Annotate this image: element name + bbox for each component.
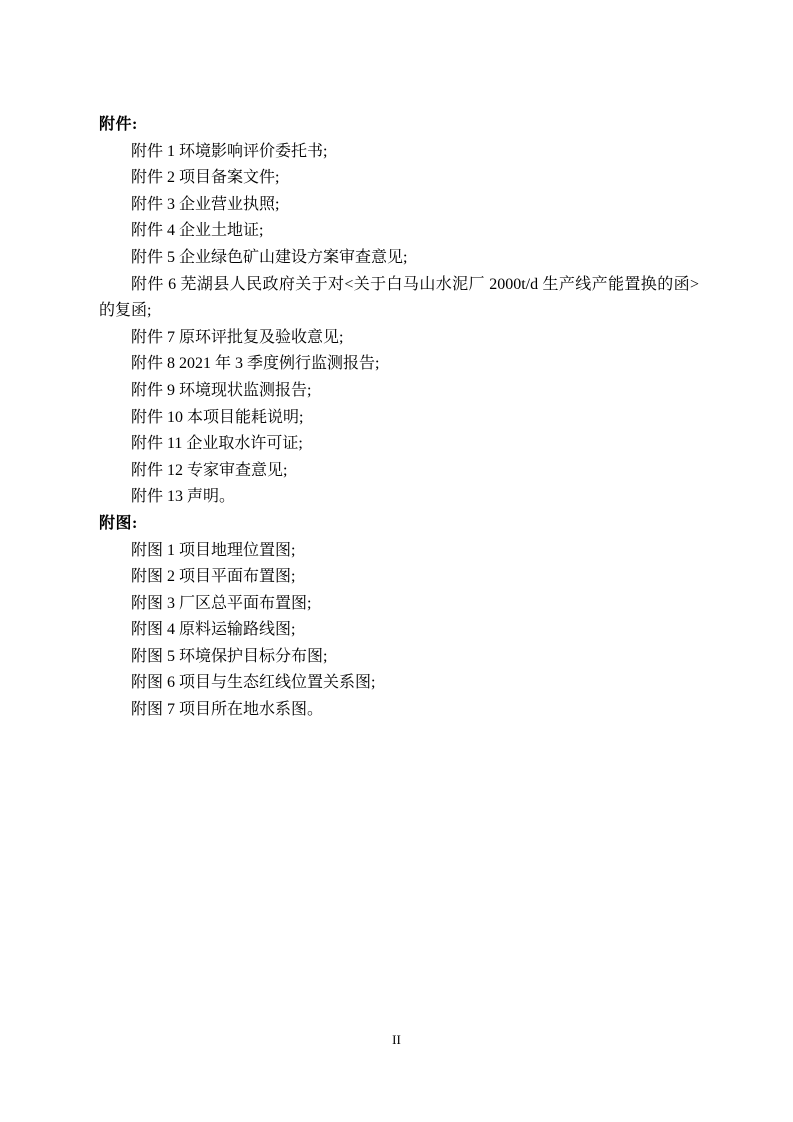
attachments-heading: 附件:: [99, 112, 699, 139]
figure-item-5: 附图 5 环境保护目标分布图;: [99, 644, 699, 671]
figure-item-6: 附图 6 项目与生态红线位置关系图;: [99, 670, 699, 697]
figure-item-1: 附图 1 项目地理位置图;: [99, 538, 699, 565]
figure-item-7: 附图 7 项目所在地水系图。: [99, 697, 699, 724]
attachment-item-4: 附件 4 企业土地证;: [99, 218, 699, 245]
attachment-item-10: 附件 10 本项目能耗说明;: [99, 405, 699, 432]
figure-item-3: 附图 3 厂区总平面布置图;: [99, 591, 699, 618]
page-number: II: [0, 1031, 793, 1049]
attachment-item-11: 附件 11 企业取水许可证;: [99, 431, 699, 458]
document-page: 附件: 附件 1 环境影响评价委托书; 附件 2 项目备案文件; 附件 3 企业…: [0, 0, 793, 1122]
attachment-item-3: 附件 3 企业营业执照;: [99, 192, 699, 219]
attachment-item-1: 附件 1 环境影响评价委托书;: [99, 139, 699, 166]
attachment-item-5: 附件 5 企业绿色矿山建设方案审查意见;: [99, 245, 699, 272]
attachment-item-8: 附件 8 2021 年 3 季度例行监测报告;: [99, 351, 699, 378]
attachment-item-2: 附件 2 项目备案文件;: [99, 165, 699, 192]
figure-item-4: 附图 4 原料运输路线图;: [99, 617, 699, 644]
attachment-item-7: 附件 7 原环评批复及验收意见;: [99, 325, 699, 352]
attachment-item-9: 附件 9 环境现状监测报告;: [99, 378, 699, 405]
attachment-item-13: 附件 13 声明。: [99, 484, 699, 511]
figure-item-2: 附图 2 项目平面布置图;: [99, 564, 699, 591]
document-body: 附件: 附件 1 环境影响评价委托书; 附件 2 项目备案文件; 附件 3 企业…: [99, 112, 699, 724]
attachment-item-6: 附件 6 芜湖县人民政府关于对<关于白马山水泥厂 2000t/d 生产线产能置换…: [99, 272, 699, 325]
figures-heading: 附图:: [99, 511, 699, 538]
attachment-item-12: 附件 12 专家审查意见;: [99, 458, 699, 485]
